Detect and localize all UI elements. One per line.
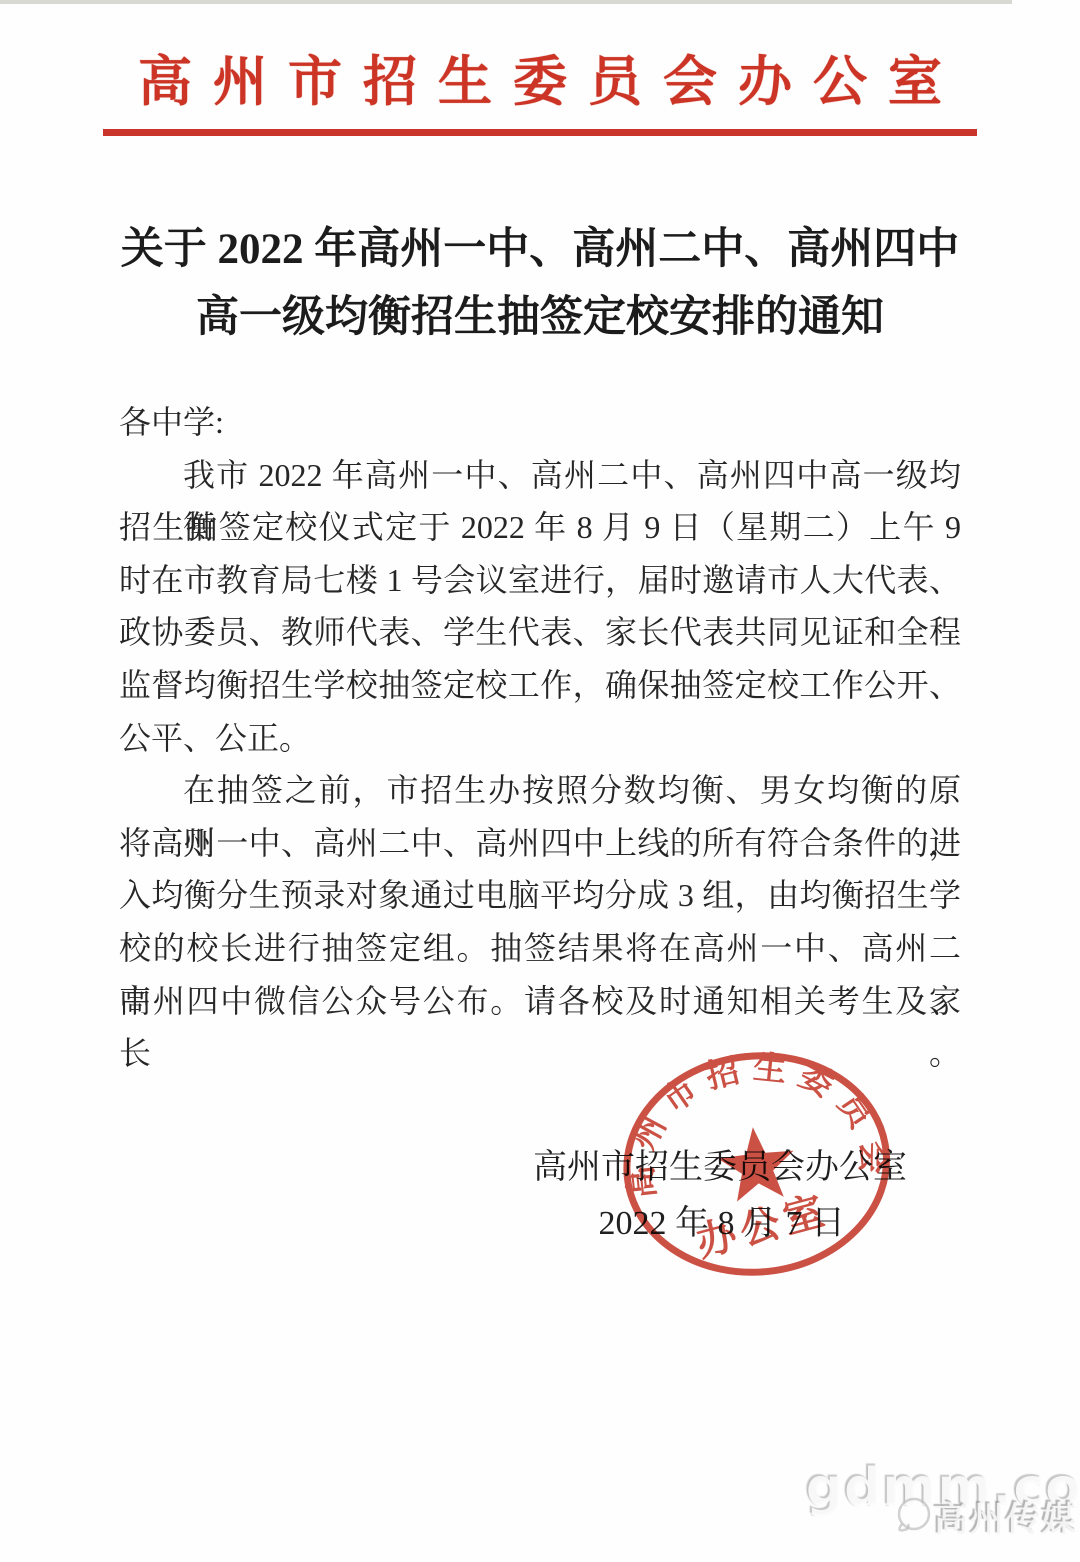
- watermark-brand-text: 高州传媒: [934, 1492, 1078, 1541]
- letterhead-rule: [103, 129, 977, 136]
- body-line: 高州四中微信公众号公布。请各校及时通知相关考生及家长。: [119, 975, 961, 1028]
- scan-edge-artifact: [0, 0, 1012, 4]
- document-title-line2: 高一级均衡招生抽签定校安排的通知: [0, 284, 1080, 352]
- body-line: 入均衡分生预录对象通过电脑平均分成 3 组，由均衡招生学: [119, 869, 961, 922]
- body-line: 我市 2022 年高州一中、高州二中、高州四中高一级均衡: [119, 449, 961, 502]
- body-line: 公平、公正。: [119, 712, 961, 765]
- gdmm-logo-icon: [890, 1494, 934, 1538]
- official-seal-stamp: 高州市招生委员会 办公室: [607, 1042, 907, 1292]
- document-title-line1: 关于 2022 年高州一中、高州二中、高州四中: [0, 216, 1080, 284]
- document-title: 关于 2022 年高州一中、高州二中、高州四中 高一级均衡招生抽签定校安排的通知: [0, 216, 1080, 352]
- body-line: 监督均衡招生学校抽签定校工作，确保抽签定校工作公开、: [119, 659, 961, 712]
- body-line: 时在市教育局七楼 1 号会议室进行，届时邀请市人大代表、: [119, 554, 961, 607]
- seal-star-icon: [715, 1123, 798, 1203]
- letterhead-office-name: 高州市招生委员会办公室: [0, 46, 1080, 118]
- body-line: 将高州一中、高州二中、高州四中上线的所有符合条件的进: [119, 817, 961, 870]
- body-line: 政协委员、教师代表、学生代表、家长代表共同见证和全程: [119, 606, 961, 659]
- site-watermark: gdmm.com 高州传媒: [798, 1458, 1080, 1558]
- body-line: 招生抽签定校仪式定于 2022 年 8 月 9 日（星期二）上午 9: [119, 501, 961, 554]
- seal-bottom-text: 办公室: [691, 1187, 833, 1265]
- body-line: 校的校长进行抽签定组。抽签结果将在高州一中、高州二中、: [119, 922, 961, 975]
- salutation: 各中学:: [119, 396, 961, 449]
- document-body: 各中学: 我市 2022 年高州一中、高州二中、高州四中高一级均衡 招生抽签定校…: [119, 396, 961, 1027]
- scanned-notice-page: 高州市招生委员会办公室 关于 2022 年高州一中、高州二中、高州四中 高一级均…: [0, 0, 1080, 1562]
- body-line: 在抽签之前，市招生办按照分数均衡、男女均衡的原则，: [119, 764, 961, 817]
